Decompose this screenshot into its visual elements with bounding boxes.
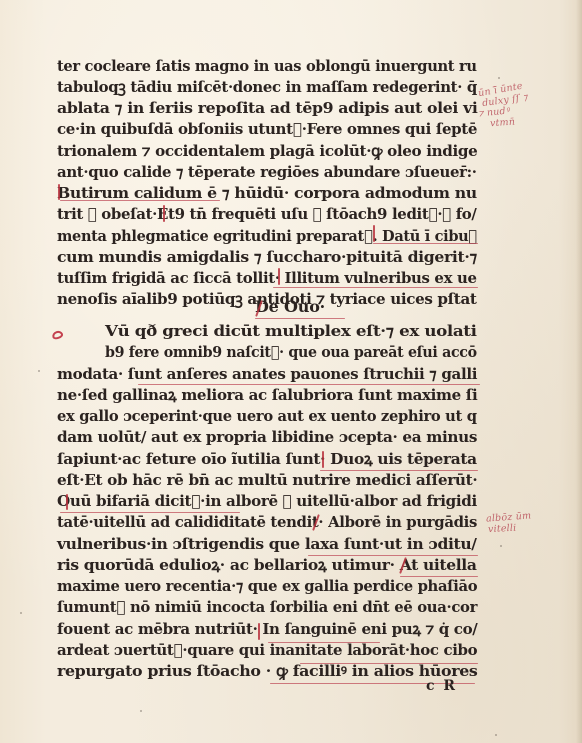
text-line: dam uolūt/ aut ex propria libidine ɔcept… (57, 427, 477, 448)
page-edge-shadow (576, 0, 582, 743)
text-line: ter cocleare ſatis magno in uas oblongū … (57, 56, 477, 77)
text-line: trit ⁊ obeſat·Et9 tn̄ frequēti uſu ⁊ ſtō… (57, 204, 477, 225)
paper-speck (495, 734, 497, 736)
marginal-note-bottom-right: albōz ūm vitelli (486, 512, 531, 534)
text-line: modata· ſunt anſeres anates pauones ſtru… (57, 364, 477, 385)
text-line: fouent ac mēbra nutriūt· In ſanguinē eni… (57, 619, 477, 640)
text-line: maxime uero recentia·⁊ que ex gallia per… (57, 576, 477, 597)
text-line: repurgato prius ſtōacho · ꝙ facilliꝰ in … (57, 661, 477, 682)
text-line: ſapiunt·ac feture oīo ĩutilia ſunt· Duoꝝ… (57, 449, 477, 470)
text-line: eſt·Et ob hāc rē bn̄ ac multū nutrire me… (57, 470, 477, 491)
text-line: ris quorūdā edulioꝝ· ac bellarioꝝ utimur… (57, 555, 477, 576)
text-line: b9 fere omnib9 naſcit᷑· que oua pareāt e… (105, 342, 477, 363)
text-line: Vū qð greci dicūt multiplex eſt·⁊ ex uol… (105, 321, 477, 342)
rubric-capital-stroke (58, 184, 60, 200)
text-line: trionalem ⁊ occidentalem plagā icolūt·ꝙ … (57, 141, 477, 162)
text-line: tatē·uitellū ad calididitatē tendit· Alb… (57, 512, 477, 533)
text-line: ex gallo ɔceperint·que uero aut ex uento… (57, 406, 477, 427)
marginal-note-line: vitelli (488, 522, 532, 535)
text-line: tabuloqꝫ tādiu miſcēt·donec in maſſam re… (57, 77, 477, 98)
paper-speck (500, 545, 502, 547)
text-line: ablata ⁊ in ſeriis repoſita ad tēp9 adip… (57, 98, 477, 119)
paper-speck (498, 77, 500, 79)
text-line: ant·quo calide ⁊ tēperate regiōes abunda… (57, 162, 477, 183)
text-line: cum mundis amigdalis ⁊ ſucchаro·pituitā … (57, 247, 477, 268)
paper-speck (20, 612, 22, 614)
marginal-note-top-right: ūn ī̄ ūnte dulxy ſſ ⁊ ⁊ nudꝰ vtmn̄ (478, 84, 528, 128)
text-line: ne·ſed gallinaꝝ meliora ac ſalubriora ſu… (57, 385, 477, 406)
rubric-capital-stroke (66, 494, 68, 510)
paper-speck (38, 370, 40, 372)
rubric-capital-stroke (258, 623, 260, 640)
text-line: ce·in quibuſdā obſoniis utunt᷑·Fere omne… (57, 119, 477, 140)
text-line: vulneribus·in ɔſtrigendis que laxa ſunt·… (57, 534, 477, 555)
rubric-capital-stroke (163, 205, 165, 222)
section-heading-de-ovo: De Ouo· (255, 297, 325, 316)
rubric-capital-stroke (278, 268, 280, 285)
signature-mark: c R (426, 678, 457, 694)
paper-speck (140, 710, 142, 712)
rubric-capital-stroke (373, 225, 375, 242)
rubric-capital-stroke (322, 451, 324, 468)
text-line: ſumunt᷑ nō nimiū incocta ſorbilia eni dn… (57, 597, 477, 618)
text-line: ardeat ɔuertūt᷑·quare qui inanitate labo… (57, 640, 477, 661)
text-line: tuſſim frigidā ac ſiccā tollit· Illitum … (57, 268, 477, 289)
marginal-note-line: vtmn̄ (490, 116, 528, 130)
text-line: Ouū bifariā dicit᷑·in alborē ⁊ uitellū·a… (57, 491, 477, 512)
